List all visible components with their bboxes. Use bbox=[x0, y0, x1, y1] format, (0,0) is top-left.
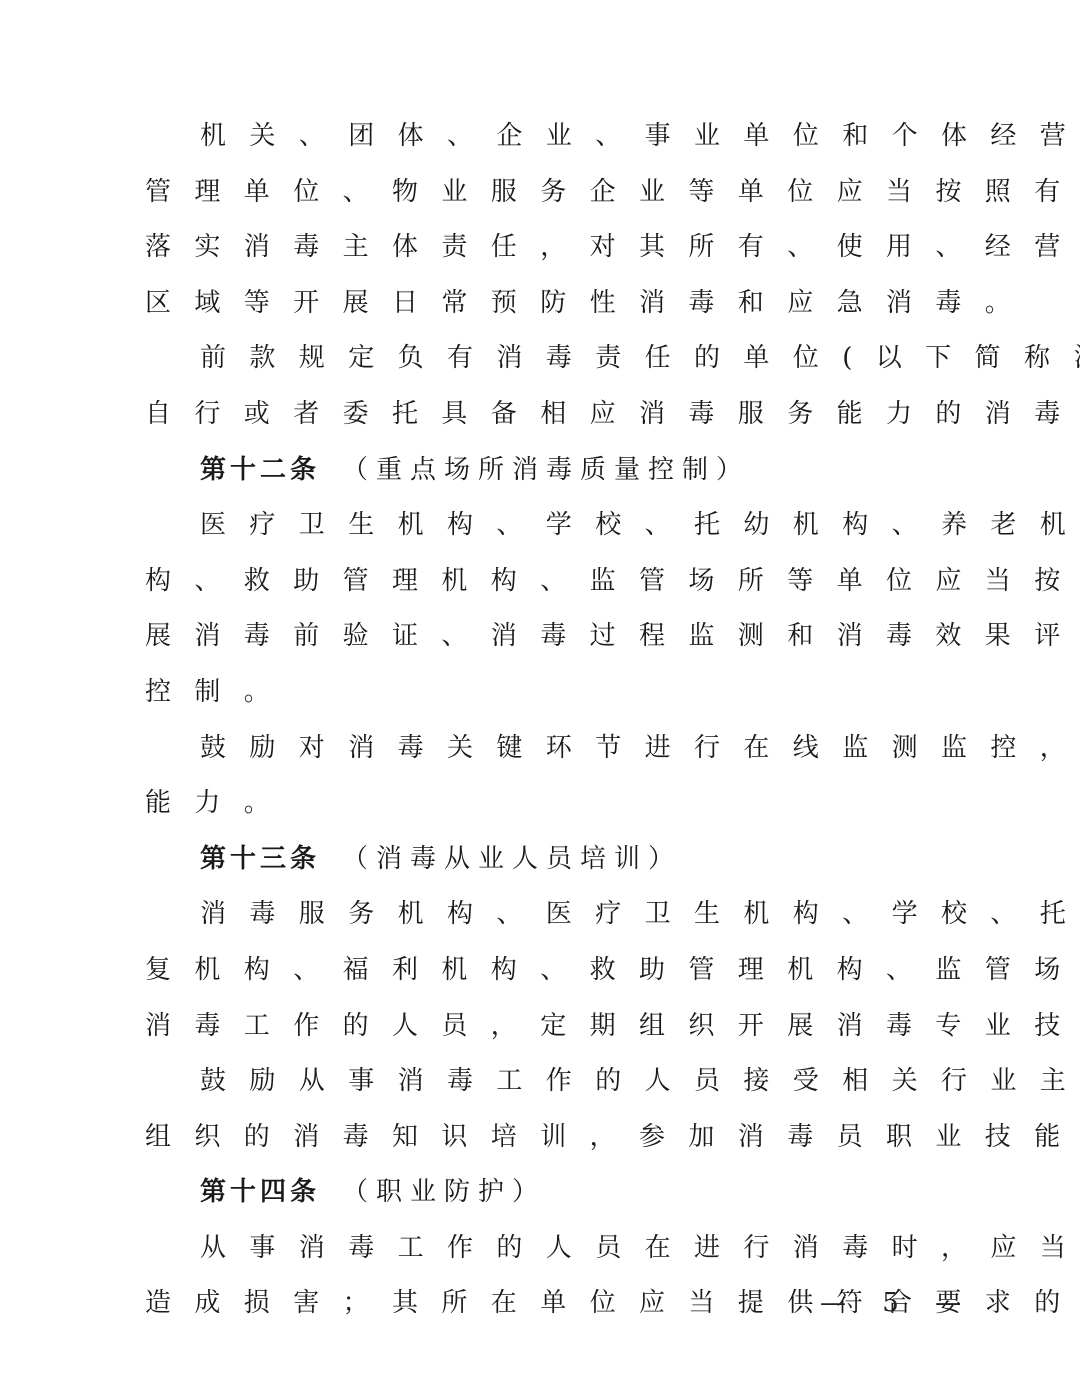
article-number: 第十四条 bbox=[200, 1177, 320, 1207]
text-line: 管理单位、物业服务企业等单位应当按照有关规定和标准、规范， bbox=[145, 169, 945, 225]
text-line: 能力。 bbox=[145, 780, 945, 836]
article-heading-12: 第十二条（重点场所消毒质量控制） bbox=[145, 447, 945, 503]
text-line: 落实消毒主体责任，对其所有、使用、经营或者管理的场所、设施、 bbox=[145, 224, 945, 280]
text-line: 自行或者委托具备相应消毒服务能力的消毒服务机构开展消毒。 bbox=[145, 391, 945, 447]
text-line: 构、救助管理机构、监管场所等单位应当按照有关标准和规范，开 bbox=[145, 558, 945, 614]
article-title: （职业防护） bbox=[342, 1177, 546, 1207]
page-number: — 5 — bbox=[820, 1288, 975, 1318]
paragraph-skill-certification: 鼓励从事消毒工作的人员接受相关行业主管部门、行业协会 组织的消毒知识培训，参加消… bbox=[145, 1058, 945, 1169]
text-line: 从事消毒工作的人员在进行消毒时，应当做好个人防护，防止 bbox=[145, 1225, 945, 1281]
article-title: （重点场所消毒质量控制） bbox=[342, 455, 750, 485]
text-line: 组织的消毒知识培训，参加消毒员职业技能等级认定。 bbox=[145, 1114, 945, 1170]
document-page: 机关、团体、企业、事业单位和个体经营者，以及公共场所经营 管理单位、物业服务企业… bbox=[145, 113, 945, 1336]
paragraph-disinfection-responsibility: 机关、团体、企业、事业单位和个体经营者，以及公共场所经营 管理单位、物业服务企业… bbox=[145, 113, 945, 335]
text-line: 区域等开展日常预防性消毒和应急消毒。 bbox=[145, 280, 945, 336]
article-title: （消毒从业人员培训） bbox=[342, 844, 682, 874]
paragraph-responsible-unit: 前款规定负有消毒责任的单位(以下简称消毒责任单位)可以 自行或者委托具备相应消毒… bbox=[145, 335, 945, 446]
paragraph-occupational-protection: 从事消毒工作的人员在进行消毒时，应当做好个人防护，防止 造成损害；其所在单位应当… bbox=[145, 1225, 945, 1336]
text-line: 控制。 bbox=[145, 669, 945, 725]
text-line: 前款规定负有消毒责任的单位(以下简称消毒责任单位)可以 bbox=[145, 335, 945, 391]
text-line: 展消毒前验证、消毒过程监测和消毒效果评价，做好消毒质量 bbox=[145, 613, 945, 669]
article-number: 第十二条 bbox=[200, 455, 320, 485]
paragraph-quality-control: 医疗卫生机构、学校、托幼机构、养老机构、康复机构、福利机 构、救助管理机构、监管… bbox=[145, 502, 945, 724]
paragraph-online-monitoring: 鼓励对消毒关键环节进行在线监测监控，提高消毒监测预警 能力。 bbox=[145, 725, 945, 836]
paragraph-staff-training: 消毒服务机构、医疗卫生机构、学校、托幼机构、养老机构、康 复机构、福利机构、救助… bbox=[145, 891, 945, 1058]
text-line: 鼓励对消毒关键环节进行在线监测监控，提高消毒监测预警 bbox=[145, 725, 945, 781]
text-line: 复机构、福利机构、救助管理机构、监管场所等单位应当对其从事 bbox=[145, 947, 945, 1003]
article-number: 第十三条 bbox=[200, 844, 320, 874]
text-line: 医疗卫生机构、学校、托幼机构、养老机构、康复机构、福利机 bbox=[145, 502, 945, 558]
article-heading-13: 第十三条（消毒从业人员培训） bbox=[145, 836, 945, 892]
text-line: 鼓励从事消毒工作的人员接受相关行业主管部门、行业协会 bbox=[145, 1058, 945, 1114]
article-heading-14: 第十四条（职业防护） bbox=[145, 1169, 945, 1225]
text-line: 消毒服务机构、医疗卫生机构、学校、托幼机构、养老机构、康 bbox=[145, 891, 945, 947]
text-line: 消毒工作的人员，定期组织开展消毒专业技能培训。 bbox=[145, 1003, 945, 1059]
text-line: 机关、团体、企业、事业单位和个体经营者，以及公共场所经营 bbox=[145, 113, 945, 169]
